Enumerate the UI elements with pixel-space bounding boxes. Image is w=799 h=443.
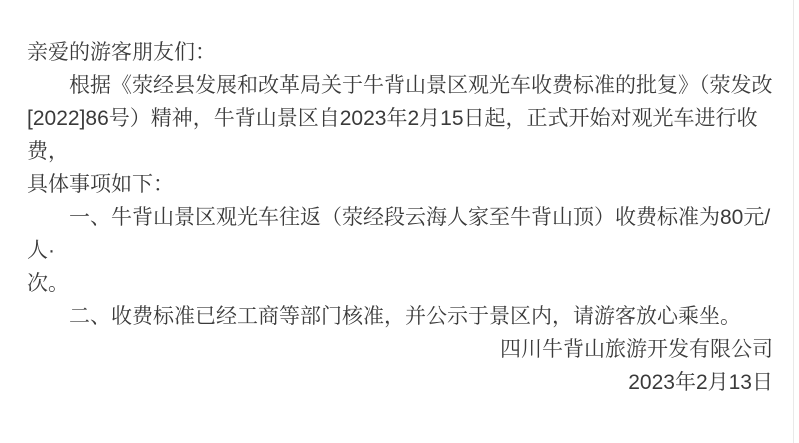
intro-paragraph: 根据《荥经县发展和改革局关于牛背山景区观光车收费标准的批复》（荥发改 [2022… (27, 69, 773, 201)
company-signature: 四川牛背山旅游开发有限公司 (27, 333, 773, 366)
salutation: 亲爱的游客朋友们： (27, 36, 773, 69)
notice-date: 2023年2月13日 (27, 366, 773, 399)
fee-item-1-line-1: 一、牛背山景区观光车往返（荥经段云海人家至牛背山顶）收费标准为80元/人· (27, 201, 773, 267)
fee-item-1-line-2: 次。 (27, 267, 773, 300)
intro-line-1: 根据《荥经县发展和改革局关于牛背山景区观光车收费标准的批复》（荥发改 (27, 69, 773, 102)
notice-page: 亲爱的游客朋友们： 根据《荥经县发展和改革局关于牛背山景区观光车收费标准的批复》… (0, 0, 799, 443)
page-right-edge-line (793, 0, 794, 443)
fee-item-2: 二、收费标准已经工商等部门核准，并公示于景区内，请游客放心乘坐。 (27, 300, 773, 333)
fee-item-1: 一、牛背山景区观光车往返（荥经段云海人家至牛背山顶）收费标准为80元/人· 次。 (27, 201, 773, 300)
intro-line-3: 具体事项如下： (27, 168, 773, 201)
intro-line-2: [2022]86号）精神，牛背山景区自2023年2月15日起，正式开始对观光车进… (27, 102, 773, 168)
